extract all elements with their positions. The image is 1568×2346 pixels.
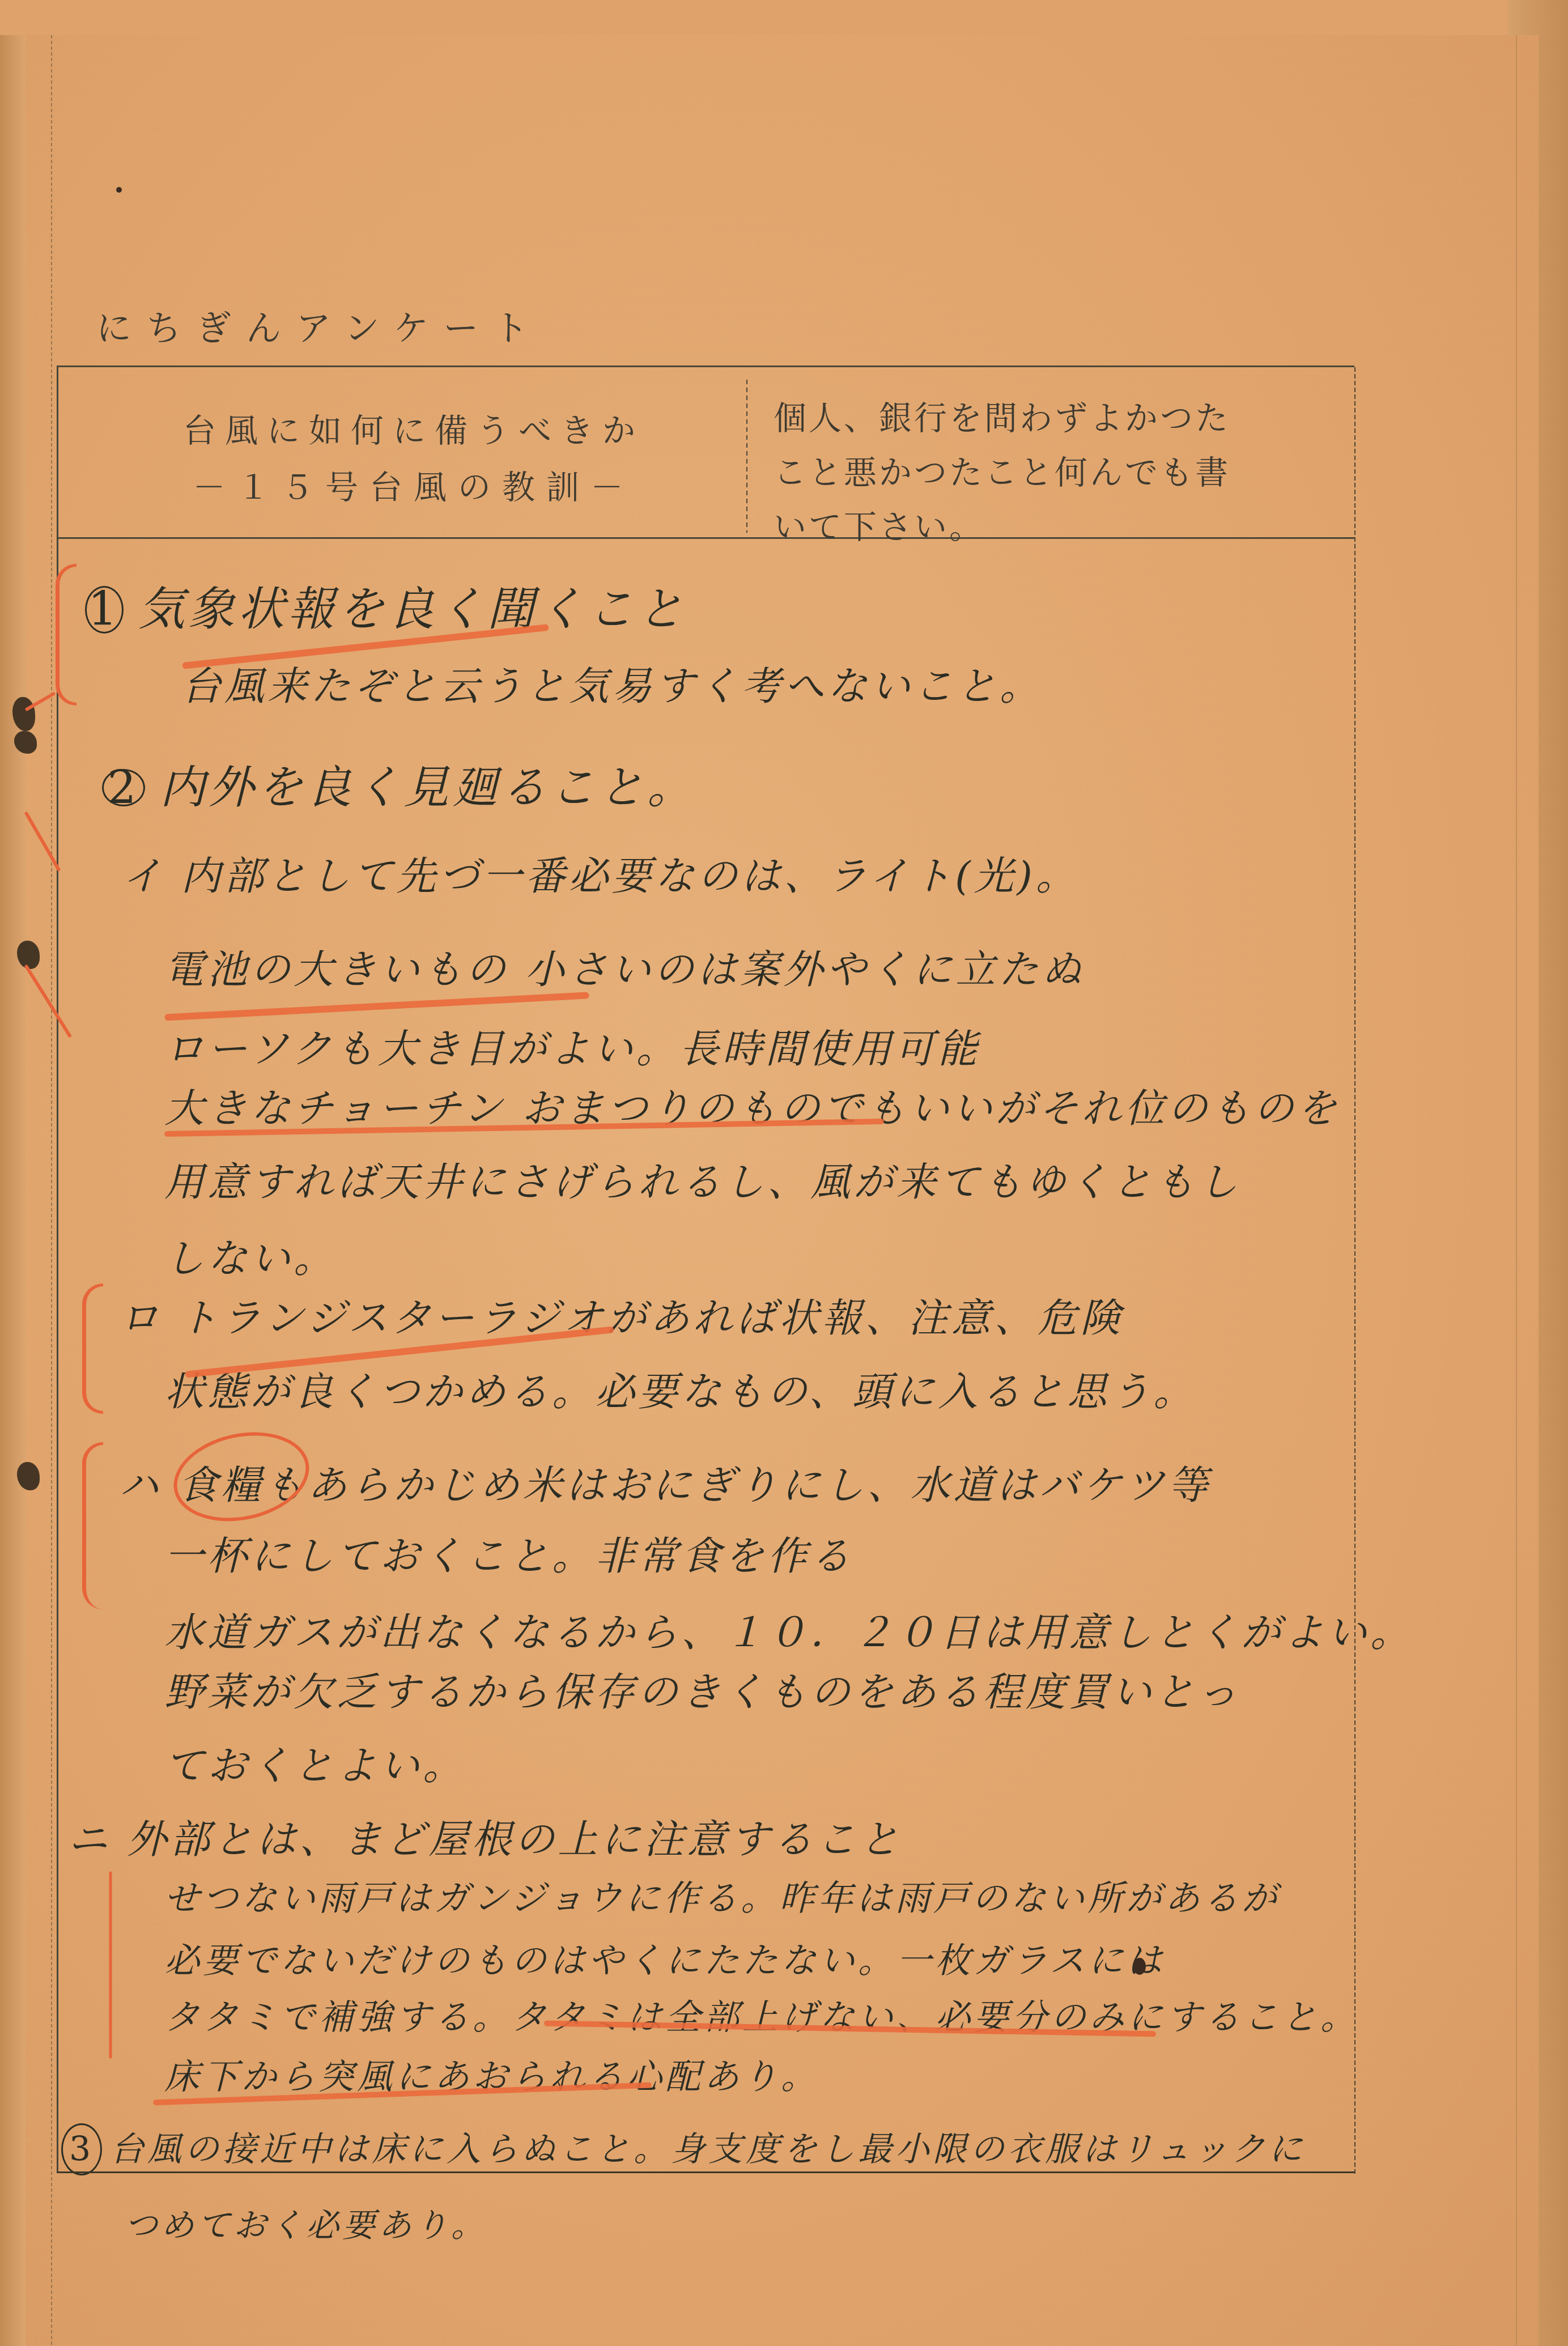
question-title: 台風に如何に備うべきか (102, 402, 725, 459)
item-2-sub-ha: 一杯にしておくこと。非常食を作る (164, 1524, 853, 1582)
underlying-page-edge (0, 0, 1507, 36)
instructions-line: 個人、銀行を問わずよかつた (774, 391, 1312, 445)
item-2-sub-ro: ロ トランジスターラジオがあれば状報、注意、危険 (119, 1286, 1123, 1344)
item-2-sub-i: 電池の大きいもの 小さいのは案外やくに立たぬ (164, 938, 1085, 995)
item-2-sub-ni: ニ 外部とは、まど屋根の上に注意すること (68, 1808, 902, 1865)
red-bracket-mark (56, 564, 77, 705)
item-2-sub-i: 用意すれば天井にさげられるし、風が来てもゆくともし (164, 1150, 1241, 1208)
item-2-sub-ro: 状態が良くつかめる。必要なもの、頭に入ると思う。 (164, 1360, 1196, 1417)
item-2-sub-i: ローソクも大き目がよい。長時間使用可能 (164, 1017, 981, 1074)
item-2-sub-i: しない。 (164, 1227, 337, 1284)
red-pencil-stroke (109, 1872, 112, 2059)
header-divider (746, 380, 747, 533)
instructions-line: いて下さい。 (774, 500, 1312, 554)
item-2-sub-ha: ておくとよい。 (164, 1734, 466, 1791)
item-2-sub-i: イ 内部として先づ一番必要なのは、ライト(光)。 (122, 844, 1079, 902)
page-right-edge (1516, 35, 1517, 2346)
question-instructions: 個人、銀行を問わずよかつた こと悪かつたこと何んでも書 いて下さい。 (774, 391, 1312, 554)
item-1-heading: 1気象状報を良く聞くこと (85, 572, 687, 639)
item-number-badge: 2 (102, 769, 145, 806)
question-subtitle: －１５号台風の教訓－ (102, 459, 725, 516)
item-3-line: つめておく必要あり。 (125, 2199, 487, 2246)
ink-speck (116, 187, 122, 193)
form-top-border (57, 365, 1354, 367)
item-2-sub-ha: 野菜が欠乏するから保存のきくものをある程度買いとっ (164, 1660, 1240, 1718)
instructions-line: こと悪かつたこと何んでも書 (774, 445, 1312, 500)
red-bracket-mark (82, 1442, 103, 1609)
question-prompt: 台風に如何に備うべきか －１５号台風の教訓－ (102, 402, 725, 516)
binding-gutter (0, 35, 26, 2346)
item-2-sub-ni: せつない雨戸はガンジョウに作る。昨年は雨戸のない所があるが (164, 1870, 1280, 1920)
item-2-sub-ni: タタミで補強する。タタミは全部上げない、必要分のみにすること。 (164, 1989, 1359, 2039)
item-number-badge: 3 (61, 2123, 102, 2175)
item-1-detail: 台風来たぞと云うと気易すく考へないこと。 (181, 654, 1043, 712)
form-bottom-rule (57, 2171, 1354, 2173)
item-2-heading: 2内外を良く見廻ること。 (102, 751, 696, 816)
item-3-line: 3台風の接近中は床に入らぬこと。身支度をし最小限の衣服はリュックに (61, 2122, 1306, 2175)
binding-line (51, 35, 52, 2346)
item-2-sub-ha: 水道ガスが出なくなるから、１０．２０日は用意しとくがよい。 (164, 1601, 1413, 1658)
item-number-badge: 1 (85, 586, 124, 634)
red-bracket-mark (82, 1283, 103, 1414)
ink-blot (1133, 1958, 1146, 1975)
survey-title: にちぎんアンケート (96, 300, 543, 351)
form-right-border (1354, 367, 1355, 2175)
item-2-sub-ni: 必要でないだけのものはやくにたたない。一枚ガラスには (164, 1932, 1165, 1983)
